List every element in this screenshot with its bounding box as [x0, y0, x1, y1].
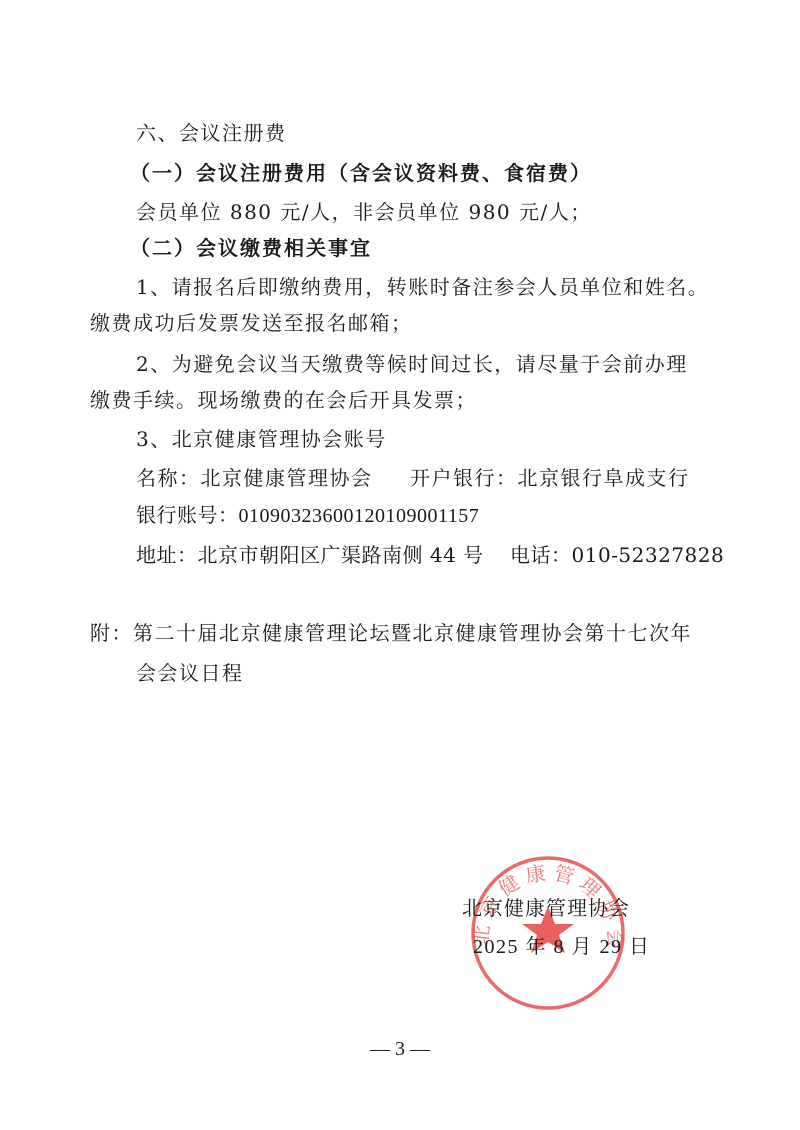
account-number: 银行账号：01090323600120109001157 — [136, 503, 479, 529]
attachment-line-1: 附：第二十届北京健康管理论坛暨北京健康管理协会第十七次年 — [90, 620, 692, 646]
item-1-line-2: 缴费成功后发票发送至报名邮箱； — [90, 310, 413, 336]
address: 地址：北京市朝阳区广渠路南侧 44 号 — [136, 542, 484, 568]
document-page: 六、会议注册费 （一）会议注册费用（含会议资料费、食宿费） 会员单位 880 元… — [0, 0, 800, 1130]
signature-organization: 北京健康管理协会 — [462, 895, 630, 921]
bank-name: 开户银行：北京银行阜成支行 — [410, 465, 690, 491]
page-number: — 3 — — [0, 1038, 800, 1061]
subsection-1-heading: （一）会议注册费用（含会议资料费、食宿费） — [130, 160, 592, 186]
item-3-title: 3、北京健康管理协会账号 — [136, 426, 387, 452]
phone: 电话：010-52327828 — [510, 542, 724, 568]
item-2-line-2: 缴费手续。现场缴费的在会后开具发票； — [90, 387, 477, 413]
item-1-line-1: 1、请报名后即缴纳费用，转账时备注参会人员单位和姓名。 — [136, 274, 709, 300]
official-seal-icon: 北京健康管理协会 — [469, 854, 627, 1012]
subsection-2-heading: （二）会议缴费相关事宜 — [130, 235, 372, 261]
signature-date: 2025 年 8 月 29 日 — [473, 934, 651, 960]
section-heading: 六、会议注册费 — [136, 120, 287, 146]
fee-line: 会员单位 880 元/人，非会员单位 980 元/人； — [136, 199, 592, 225]
item-2-line-1: 2、为避免会议当天缴费等候时间过长，请尽量于会前办理 — [136, 351, 688, 377]
attachment-line-2: 会会议日程 — [136, 660, 244, 686]
account-name: 名称：北京健康管理协会 — [136, 465, 373, 491]
